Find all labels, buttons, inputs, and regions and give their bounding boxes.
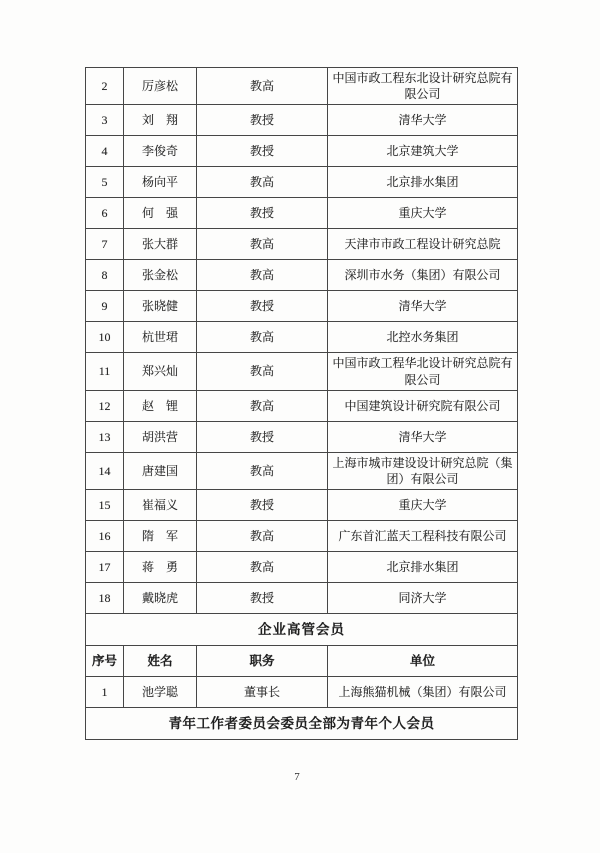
table-row: 1 池学聪 董事长 上海熊猫机械（集团）有限公司 <box>86 677 518 708</box>
cell-member-name: 张晓健 <box>124 291 197 322</box>
cell-member-organization: 北京排水集团 <box>328 552 518 583</box>
cell-member-name: 池学聪 <box>124 677 197 708</box>
cell-member-title: 教授 <box>197 490 328 521</box>
cell-member-name: 崔福义 <box>124 490 197 521</box>
column-header-title: 职务 <box>197 646 328 677</box>
cell-member-organization: 深圳市水务（集团）有限公司 <box>328 260 518 291</box>
cell-member-organization: 清华大学 <box>328 105 518 136</box>
cell-serial-number: 10 <box>86 322 124 353</box>
cell-serial-number: 1 <box>86 677 124 708</box>
cell-member-name: 李俊奇 <box>124 136 197 167</box>
table-row: 2 厉彦松 教高 中国市政工程东北设计研究总院有限公司 <box>86 68 518 105</box>
cell-member-title: 教高 <box>197 167 328 198</box>
cell-member-organization: 中国市政工程华北设计研究总院有限公司 <box>328 353 518 390</box>
table-row: 14 唐建国 教高 上海市城市建设设计研究总院（集团）有限公司 <box>86 452 518 489</box>
cell-member-title: 教高 <box>197 229 328 260</box>
cell-member-name: 刘 翔 <box>124 105 197 136</box>
cell-serial-number: 13 <box>86 421 124 452</box>
cell-serial-number: 9 <box>86 291 124 322</box>
column-header-serial-number: 序号 <box>86 646 124 677</box>
cell-member-organization: 广东首汇蓝天工程科技有限公司 <box>328 521 518 552</box>
cell-member-organization: 重庆大学 <box>328 198 518 229</box>
table-row: 18 戴晓虎 教授 同济大学 <box>86 583 518 614</box>
table-row: 11 郑兴灿 教高 中国市政工程华北设计研究总院有限公司 <box>86 353 518 390</box>
scanned-document-page: 2 厉彦松 教高 中国市政工程东北设计研究总院有限公司 3 刘 翔 教授 清华大… <box>0 0 600 853</box>
table-row: 8 张金松 教高 深圳市水务（集团）有限公司 <box>86 260 518 291</box>
table-row: 10 杭世珺 教高 北控水务集团 <box>86 322 518 353</box>
cell-member-name: 隋 军 <box>124 521 197 552</box>
cell-member-organization: 上海熊猫机械（集团）有限公司 <box>328 677 518 708</box>
cell-serial-number: 15 <box>86 490 124 521</box>
cell-member-name: 蒋 勇 <box>124 552 197 583</box>
cell-member-name: 杭世珺 <box>124 322 197 353</box>
cell-member-name: 杨向平 <box>124 167 197 198</box>
cell-member-organization: 北京建筑大学 <box>328 136 518 167</box>
table-row: 5 杨向平 教高 北京排水集团 <box>86 167 518 198</box>
table-row: 15 崔福义 教授 重庆大学 <box>86 490 518 521</box>
cell-member-title: 教高 <box>197 552 328 583</box>
expert-member-rows: 2 厉彦松 教高 中国市政工程东北设计研究总院有限公司 3 刘 翔 教授 清华大… <box>86 68 518 614</box>
table-row: 3 刘 翔 教授 清华大学 <box>86 105 518 136</box>
cell-serial-number: 7 <box>86 229 124 260</box>
cell-serial-number: 16 <box>86 521 124 552</box>
youth-committee-note: 青年工作者委员会委员全部为青年个人会员 <box>86 708 518 740</box>
cell-serial-number: 6 <box>86 198 124 229</box>
table-row: 7 张大群 教高 天津市市政工程设计研究总院 <box>86 229 518 260</box>
column-header-organization: 单位 <box>328 646 518 677</box>
cell-member-title: 教高 <box>197 68 328 105</box>
cell-serial-number: 17 <box>86 552 124 583</box>
cell-member-organization: 重庆大学 <box>328 490 518 521</box>
cell-serial-number: 4 <box>86 136 124 167</box>
member-list-table: 2 厉彦松 教高 中国市政工程东北设计研究总院有限公司 3 刘 翔 教授 清华大… <box>85 67 518 740</box>
cell-member-name: 张金松 <box>124 260 197 291</box>
section-title-enterprise-members: 企业高管会员 <box>86 614 518 646</box>
youth-committee-note-row: 青年工作者委员会委员全部为青年个人会员 <box>86 708 518 740</box>
cell-member-title: 教高 <box>197 452 328 489</box>
cell-member-title: 董事长 <box>197 677 328 708</box>
cell-serial-number: 5 <box>86 167 124 198</box>
cell-member-title: 教高 <box>197 260 328 291</box>
cell-serial-number: 11 <box>86 353 124 390</box>
cell-member-name: 胡洪营 <box>124 421 197 452</box>
cell-member-organization: 中国市政工程东北设计研究总院有限公司 <box>328 68 518 105</box>
table-row: 16 隋 军 教高 广东首汇蓝天工程科技有限公司 <box>86 521 518 552</box>
cell-member-name: 郑兴灿 <box>124 353 197 390</box>
cell-member-organization: 天津市市政工程设计研究总院 <box>328 229 518 260</box>
cell-member-organization: 清华大学 <box>328 291 518 322</box>
cell-member-name: 唐建国 <box>124 452 197 489</box>
table-row: 17 蒋 勇 教高 北京排水集团 <box>86 552 518 583</box>
cell-serial-number: 18 <box>86 583 124 614</box>
cell-serial-number: 8 <box>86 260 124 291</box>
column-header-row: 序号 姓名 职务 单位 <box>86 646 518 677</box>
cell-member-organization: 中国建筑设计研究院有限公司 <box>328 390 518 421</box>
cell-member-title: 教授 <box>197 198 328 229</box>
cell-member-organization: 上海市城市建设设计研究总院（集团）有限公司 <box>328 452 518 489</box>
cell-serial-number: 2 <box>86 68 124 105</box>
cell-serial-number: 12 <box>86 390 124 421</box>
cell-member-title: 教授 <box>197 136 328 167</box>
cell-member-name: 戴晓虎 <box>124 583 197 614</box>
cell-member-title: 教授 <box>197 421 328 452</box>
cell-member-title: 教高 <box>197 322 328 353</box>
note-section: 青年工作者委员会委员全部为青年个人会员 <box>86 708 518 740</box>
cell-member-title: 教高 <box>197 521 328 552</box>
enterprise-section-header: 企业高管会员 序号 姓名 职务 单位 <box>86 614 518 677</box>
enterprise-member-rows: 1 池学聪 董事长 上海熊猫机械（集团）有限公司 <box>86 677 518 708</box>
table-row: 6 何 强 教授 重庆大学 <box>86 198 518 229</box>
cell-member-name: 赵 锂 <box>124 390 197 421</box>
page-number: 7 <box>0 771 594 783</box>
cell-member-name: 厉彦松 <box>124 68 197 105</box>
section-title-row: 企业高管会员 <box>86 614 518 646</box>
cell-serial-number: 3 <box>86 105 124 136</box>
cell-member-organization: 北京排水集团 <box>328 167 518 198</box>
cell-member-organization: 同济大学 <box>328 583 518 614</box>
cell-member-organization: 清华大学 <box>328 421 518 452</box>
table-row: 13 胡洪营 教授 清华大学 <box>86 421 518 452</box>
table-row: 4 李俊奇 教授 北京建筑大学 <box>86 136 518 167</box>
cell-member-title: 教授 <box>197 583 328 614</box>
cell-member-name: 张大群 <box>124 229 197 260</box>
cell-member-title: 教授 <box>197 105 328 136</box>
column-header-name: 姓名 <box>124 646 197 677</box>
cell-member-title: 教授 <box>197 291 328 322</box>
cell-member-title: 教高 <box>197 353 328 390</box>
table-row: 9 张晓健 教授 清华大学 <box>86 291 518 322</box>
cell-member-name: 何 强 <box>124 198 197 229</box>
cell-serial-number: 14 <box>86 452 124 489</box>
cell-member-organization: 北控水务集团 <box>328 322 518 353</box>
cell-member-title: 教高 <box>197 390 328 421</box>
table-row: 12 赵 锂 教高 中国建筑设计研究院有限公司 <box>86 390 518 421</box>
